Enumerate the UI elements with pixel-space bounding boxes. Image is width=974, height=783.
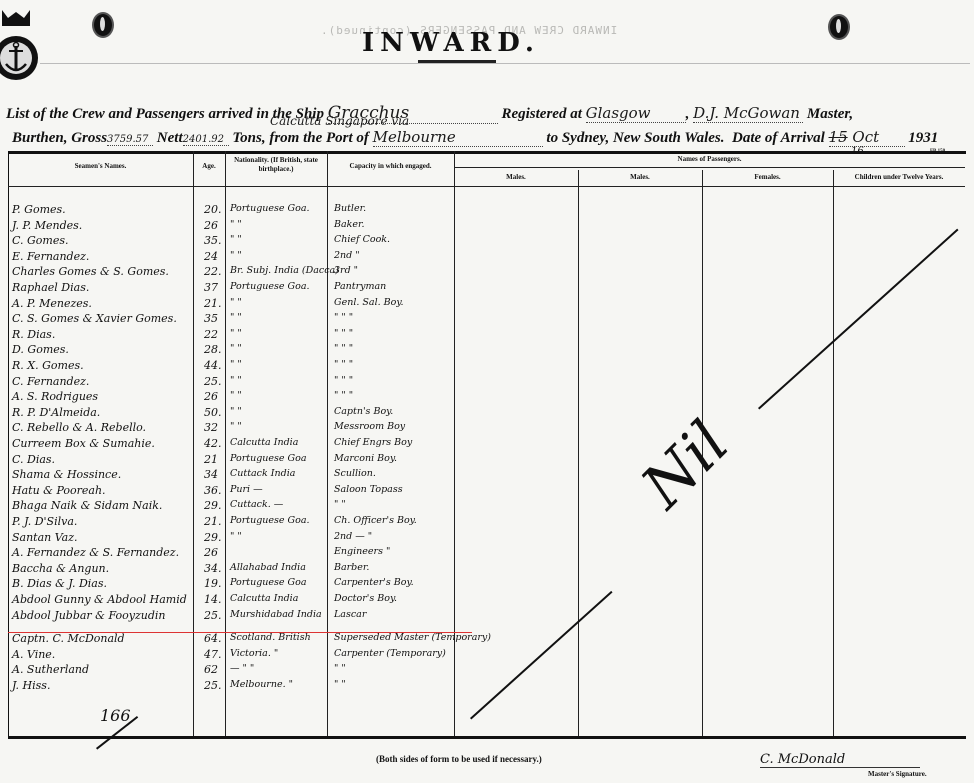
- punch-hole-left-icon: [92, 12, 114, 38]
- seaman-age: 14.: [204, 593, 222, 606]
- seaman-age: 28.: [204, 343, 222, 356]
- seaman-nationality: " ": [230, 390, 242, 401]
- seaman-capacity: Baker.: [334, 219, 365, 230]
- seaman-age: 24: [204, 250, 218, 263]
- col-divider: [193, 151, 194, 736]
- seaman-name: Hatu & Pooreah.: [12, 484, 106, 497]
- seaman-name: Abdool Gunny & Abdool Hamid: [12, 593, 187, 606]
- seaman-capacity: Saloon Topass: [334, 484, 403, 495]
- seaman-capacity: Genl. Sal. Boy.: [334, 297, 403, 308]
- seaman-name: Shama & Hossince.: [12, 468, 121, 481]
- seaman-age: 21: [204, 453, 218, 466]
- seaman-age: 25.: [204, 609, 222, 622]
- seaman-nationality: " ": [230, 234, 242, 245]
- seaman-name: Abdool Jubbar & Fooyzudin: [12, 609, 165, 622]
- seaman-nationality: " ": [230, 219, 242, 230]
- seaman-name: Bhaga Naik & Sidam Naik.: [12, 499, 162, 512]
- seaman-age: 62: [204, 663, 218, 676]
- seaman-name: Charles Gomes & S. Gomes.: [12, 265, 169, 278]
- seaman-name: R. X. Gomes.: [12, 359, 84, 372]
- seaman-nationality: Calcutta India: [230, 437, 298, 448]
- seaman-capacity: Ch. Officer's Boy.: [334, 515, 417, 526]
- seaman-nationality: Portuguese Goa: [230, 577, 307, 588]
- seaman-name: A. Fernandez & S. Fernandez.: [12, 546, 179, 559]
- header-children: Children under Twelve Years.: [833, 173, 965, 182]
- registered-port: Glasgow: [586, 104, 686, 123]
- punch-hole-right-icon: [828, 14, 850, 40]
- col-divider: [454, 151, 455, 736]
- seaman-nationality: " ": [230, 328, 242, 339]
- from-port: Melbourne: [373, 128, 543, 147]
- seaman-name: B. Dias & J. Dias.: [12, 577, 107, 590]
- seaman-capacity: Chief Cook.: [334, 234, 390, 245]
- seaman-capacity: Scullion.: [334, 468, 376, 479]
- col-divider: [327, 151, 328, 736]
- anchor-seal-icon: [0, 8, 38, 92]
- tons-label: Tons, from the Port of: [232, 130, 369, 146]
- seaman-name: Santan Vaz.: [12, 531, 78, 544]
- seaman-age: 21.: [204, 515, 222, 528]
- ship-line: List of the Crew and Passengers arrived …: [6, 103, 853, 124]
- seaman-nationality: Murshidabad India: [230, 609, 322, 620]
- seaman-capacity: 3rd ": [334, 265, 358, 276]
- master-label: Master,: [807, 106, 853, 122]
- seaman-capacity: Marconi Boy.: [334, 453, 397, 464]
- seaman-age: 26: [204, 219, 218, 232]
- seaman-nationality: Portuguese Goa: [230, 453, 307, 464]
- seaman-name: A. Vine.: [12, 648, 55, 661]
- seaman-capacity: " " ": [334, 343, 353, 354]
- seaman-name: P. J. D'Silva.: [12, 515, 77, 528]
- seaman-age: 32: [204, 421, 218, 434]
- seaman-capacity: " ": [334, 499, 346, 510]
- seaman-nationality: Cuttack India: [230, 468, 295, 479]
- seaman-nationality: " ": [230, 250, 242, 261]
- master-signature: C. McDonald: [760, 752, 920, 768]
- seaman-capacity: Messroom Boy: [334, 421, 405, 432]
- header-rule: [40, 63, 970, 64]
- seaman-capacity: 2nd — ": [334, 531, 372, 542]
- arrival-year: 1931: [908, 130, 938, 146]
- seaman-age: 21.: [204, 297, 222, 310]
- seaman-nationality: Br. Subj. India (Dacca): [230, 265, 339, 276]
- seaman-capacity: Carpenter (Temporary): [334, 648, 446, 659]
- seaman-age: 34: [204, 468, 218, 481]
- seaman-name: P. Gomes.: [12, 203, 66, 216]
- folio-number: 166: [100, 706, 131, 725]
- seaman-capacity: " " ": [334, 312, 353, 323]
- seaman-age: 22: [204, 328, 218, 341]
- seaman-nationality: Puri —: [230, 484, 263, 495]
- seaman-name: Captn. C. McDonald: [12, 632, 125, 645]
- seaman-name: C. Dias.: [12, 453, 55, 466]
- header-nationality: Nationality. (If British, state birthpla…: [232, 156, 320, 174]
- seaman-nationality: " ": [230, 406, 242, 417]
- seaman-nationality: " ": [230, 375, 242, 386]
- seaman-nationality: Portuguese Goa.: [230, 281, 310, 292]
- seaman-name: A. S. Rodrigues: [12, 390, 98, 403]
- nett-label: Nett: [157, 130, 183, 146]
- master-name: D.J. McGowan: [693, 104, 803, 123]
- seaman-capacity: Captn's Boy.: [334, 406, 393, 417]
- seaman-name: Raphael Dias.: [12, 281, 89, 294]
- seaman-name: C. Rebello & A. Rebello.: [12, 421, 146, 434]
- arrival-month: Oct: [852, 128, 879, 146]
- seaman-age: 25.: [204, 375, 222, 388]
- seaman-age: 50.: [204, 406, 222, 419]
- seaman-name: E. Fernandez.: [12, 250, 89, 263]
- seaman-capacity: " " ": [334, 328, 353, 339]
- seaman-name: C. Gomes.: [12, 234, 69, 247]
- burthen-line: Burthen, Gross3759.57 Nett2401.92 Tons, …: [12, 128, 938, 147]
- seaman-nationality: " ": [230, 531, 242, 542]
- seaman-nationality: Melbourne. ": [230, 679, 293, 690]
- header-females: Females.: [702, 173, 833, 182]
- seaman-age: 19.: [204, 577, 222, 590]
- header-names-of-passengers: Names of Passengers.: [454, 155, 965, 164]
- seaman-capacity: 2nd ": [334, 250, 360, 261]
- destination-label: to Sydney, New South Wales.: [546, 130, 724, 146]
- seaman-name: C. S. Gomes & Xavier Gomes.: [12, 312, 177, 325]
- seaman-capacity: " ": [334, 679, 346, 690]
- page-title: INWARD.: [362, 28, 540, 58]
- seaman-age: 42.: [204, 437, 222, 450]
- seaman-age: 25.: [204, 679, 222, 692]
- seaman-capacity: " " ": [334, 359, 353, 370]
- seaman-nationality: Calcutta India: [230, 593, 298, 604]
- seaman-name: R. Dias.: [12, 328, 55, 341]
- nett-tons: 2401.92: [183, 134, 229, 146]
- passenger-subheader-rule: [454, 167, 965, 168]
- seaman-name: C. Fernandez.: [12, 375, 89, 388]
- col-divider: [225, 151, 226, 736]
- seaman-age: 35.: [204, 234, 222, 247]
- seaman-capacity: Butler.: [334, 203, 366, 214]
- seaman-age: 36.: [204, 484, 222, 497]
- seaman-name: J. Hiss.: [12, 679, 50, 692]
- seaman-capacity: Carpenter's Boy.: [334, 577, 414, 588]
- seaman-capacity: Barber.: [334, 562, 369, 573]
- seaman-age: 64.: [204, 632, 222, 645]
- arrival-label: Date of Arrival: [732, 130, 825, 146]
- seaman-nationality: " ": [230, 343, 242, 354]
- seaman-age: 47.: [204, 648, 222, 661]
- registered-label: Registered at: [501, 106, 581, 122]
- seaman-age: 34.: [204, 562, 222, 575]
- arrival-date: 15 Oct: [829, 128, 905, 147]
- seaman-name: Baccha & Angun.: [12, 562, 109, 575]
- gross-label: Burthen, Gross: [12, 130, 107, 146]
- seaman-capacity: Doctor's Boy.: [334, 593, 397, 604]
- seaman-nationality: Scotland. British: [230, 632, 311, 643]
- seaman-nationality: Allahabad India: [230, 562, 306, 573]
- port-via: Calcutta Singapore via: [270, 114, 409, 128]
- seaman-age: 44.: [204, 359, 222, 372]
- seaman-nationality: — " ": [230, 663, 254, 674]
- header-bottom-rule: [8, 186, 965, 187]
- seaman-age: 20.: [204, 203, 222, 216]
- seaman-age: 37: [204, 281, 218, 294]
- seaman-capacity: Pantryman: [334, 281, 386, 292]
- seaman-nationality: Portuguese Goa.: [230, 203, 310, 214]
- master-signature-label: Master's Signature.: [868, 770, 927, 778]
- seaman-age: 35: [204, 312, 218, 325]
- seaman-name: Curreem Box & Sumahie.: [12, 437, 155, 450]
- header-males-2: Males.: [578, 173, 702, 182]
- seaman-nationality: Portuguese Goa.: [230, 515, 310, 526]
- seaman-nationality: Cuttack. —: [230, 499, 283, 510]
- seaman-nationality: " ": [230, 312, 242, 323]
- immigration-form-page: INWARD CREW AND PASSENGERS (continued). …: [0, 0, 974, 783]
- col-divider: [833, 170, 834, 736]
- seaman-capacity: Lascar: [334, 609, 366, 620]
- seaman-age: 26: [204, 390, 218, 403]
- seaman-nationality: " ": [230, 297, 242, 308]
- arrival-day-struck: 15: [829, 128, 848, 146]
- gross-tons: 3759.57: [107, 134, 153, 146]
- seaman-name: J. P. Mendes.: [12, 219, 82, 232]
- seaman-nationality: Victoria. ": [230, 648, 278, 659]
- seaman-capacity: " " ": [334, 375, 353, 386]
- seaman-capacity: Engineers ": [334, 546, 390, 557]
- red-underline: [8, 632, 472, 633]
- seaman-capacity: Superseded Master (Temporary): [334, 632, 491, 643]
- seaman-nationality: " ": [230, 359, 242, 370]
- footer-note: (Both sides of form to be used if necess…: [376, 754, 542, 764]
- header-seamen-names: Seamen's Names.: [8, 162, 193, 171]
- seaman-name: A. P. Menezes.: [12, 297, 92, 310]
- header-males-1: Males.: [454, 173, 578, 182]
- seaman-capacity: " " ": [334, 390, 353, 401]
- seaman-name: D. Gomes.: [12, 343, 69, 356]
- seaman-age: 29.: [204, 531, 222, 544]
- seaman-capacity: Chief Engrs Boy: [334, 437, 412, 448]
- header-age: Age.: [193, 162, 225, 171]
- seaman-nationality: " ": [230, 421, 242, 432]
- col-divider: [578, 170, 579, 736]
- seaman-age: 26: [204, 546, 218, 559]
- seaman-name: A. Sutherland: [12, 663, 89, 676]
- header-capacity: Capacity in which engaged.: [327, 162, 454, 171]
- seaman-name: R. P. D'Almeida.: [12, 406, 100, 419]
- seaman-capacity: " ": [334, 663, 346, 674]
- seaman-age: 29.: [204, 499, 222, 512]
- seaman-age: 22.: [204, 265, 222, 278]
- title-underline: [418, 60, 496, 63]
